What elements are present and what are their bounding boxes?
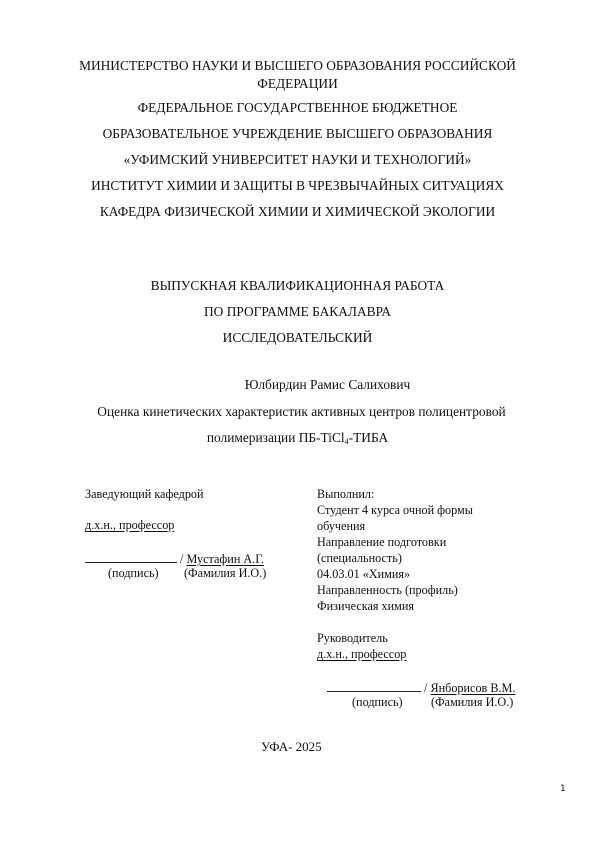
supervisor-signature-row: / Янборисов В.М. xyxy=(327,679,515,697)
supervisor-sign-caption: (подпись) xyxy=(352,695,403,711)
direction-value: 04.03.01 «Химия» xyxy=(317,567,410,583)
department-name: КАФЕДРА ФИЗИЧЕСКОЙ ХИМИИ И ХИМИЧЕСКОЙ ЭК… xyxy=(0,204,595,220)
work-type-line-1: ВЫПУСКНАЯ КВАЛИФИКАЦИОННАЯ РАБОТА xyxy=(0,278,595,294)
student-line-1: Студент 4 курса очной формы xyxy=(317,503,473,519)
institute-name: ИНСТИТУТ ХИМИИ И ЗАЩИТЫ В ЧРЕЗВЫЧАЙНЫХ С… xyxy=(0,178,595,194)
supervisor-name: Янборисов В.М. xyxy=(430,681,515,695)
direction-label-2: (специальность) xyxy=(317,551,402,567)
head-name: Мустафин А.Г. xyxy=(186,552,263,566)
work-type-line-2: ПО ПРОГРАММЕ БАКАЛАВРА xyxy=(0,304,595,320)
student-line-2: обучения xyxy=(317,519,365,535)
head-sign-caption: (подпись) xyxy=(108,566,159,582)
thesis-title-prefix: полимеризации ПБ-TiCl xyxy=(207,430,345,445)
supervisor-degree: д.х.н., профессор xyxy=(317,647,406,663)
slash-separator: / xyxy=(180,552,183,566)
ministry-line-1: МИНИСТЕРСТВО НАУКИ И ВЫСШЕГО ОБРАЗОВАНИЯ… xyxy=(0,58,595,74)
thesis-title-suffix: -ТИБА xyxy=(349,430,389,445)
signature-line xyxy=(327,679,421,692)
head-degree: д.х.н., профессор xyxy=(85,518,174,534)
signature-line xyxy=(85,550,177,563)
work-type-line-3: ИССЛЕДОВАТЕЛЬСКИЙ xyxy=(0,330,595,346)
institution-line-2: ОБРАЗОВАТЕЛЬНОЕ УЧРЕЖДЕНИЕ ВЫСШЕГО ОБРАЗ… xyxy=(0,126,595,142)
head-of-department-label: Заведующий кафедрой xyxy=(85,487,204,503)
supervisor-name-caption: (Фамилия И.О.) xyxy=(431,695,513,711)
institution-line-1: ФЕДЕРАЛЬНОЕ ГОСУДАРСТВЕННОЕ БЮДЖЕТНОЕ xyxy=(0,100,595,116)
performed-by-label: Выполнил: xyxy=(317,487,374,503)
university-name: «УФИМСКИЙ УНИВЕРСИТЕТ НАУКИ И ТЕХНОЛОГИЙ… xyxy=(0,152,595,168)
author-name: Юлбирдин Рамис Салихович xyxy=(30,377,595,393)
profile-value: Физическая химия xyxy=(317,599,414,615)
city-year: УФА- 2025 xyxy=(261,739,322,755)
supervisor-role: Руководитель xyxy=(317,631,388,647)
thesis-title-line-1: Оценка кинетических характеристик активн… xyxy=(4,404,595,420)
direction-label-1: Направление подготовки xyxy=(317,535,446,551)
ministry-line-2: ФЕДЕРАЦИИ xyxy=(0,76,595,92)
slash-separator: / xyxy=(424,681,427,695)
page-number: 1 xyxy=(560,784,566,794)
profile-label: Направленность (профиль) xyxy=(317,583,458,599)
thesis-title-line-2: полимеризации ПБ-TiCl4-ТИБА xyxy=(0,430,595,446)
head-signature-row: / Мустафин А.Г. xyxy=(85,550,264,568)
head-name-caption: (Фамилия И.О.) xyxy=(184,566,266,582)
